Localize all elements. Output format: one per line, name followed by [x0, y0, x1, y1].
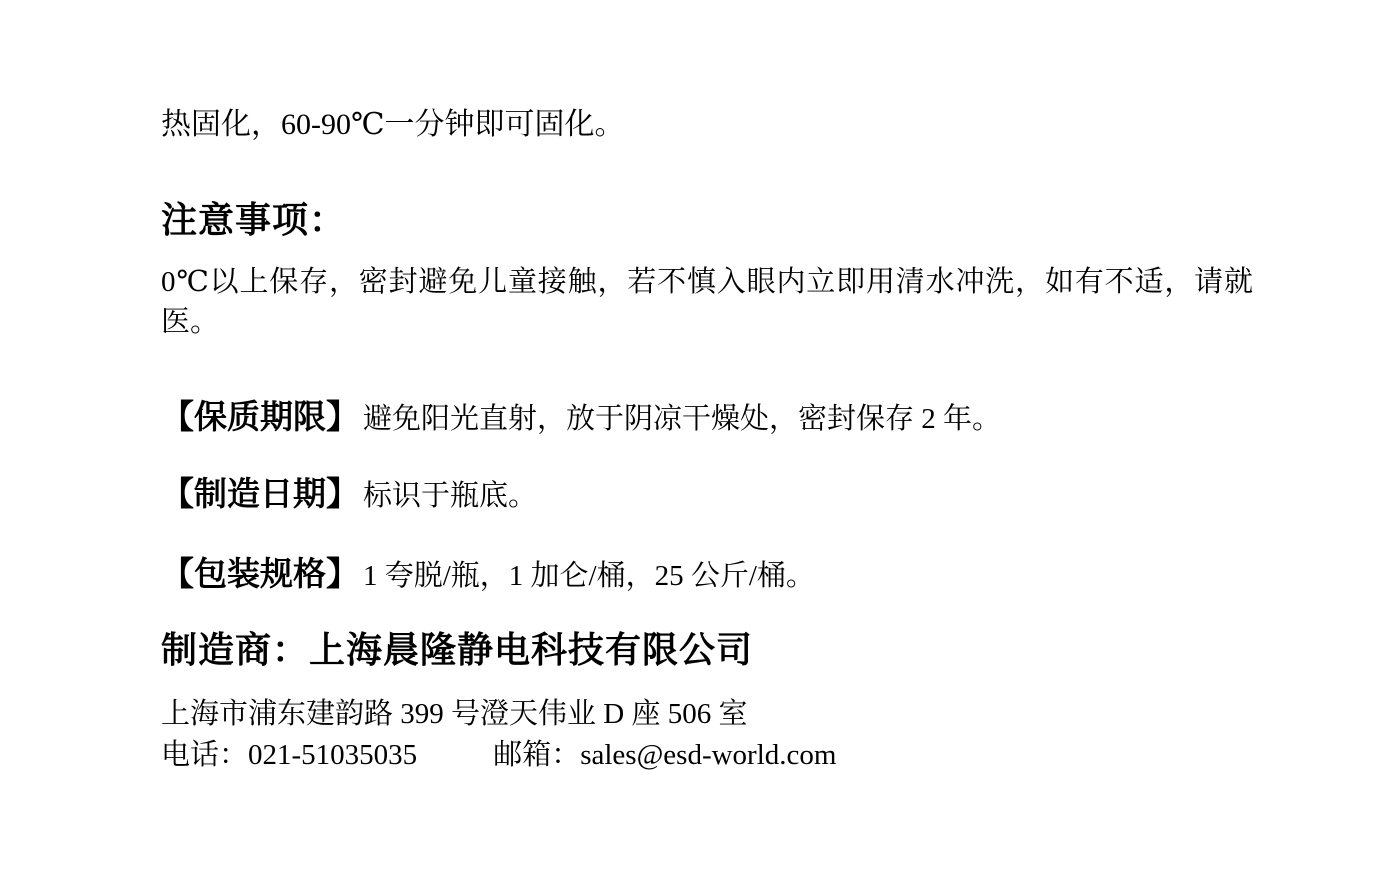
- spec-value-packaging: 1 夸脱/瓶，1 加仑/桶，25 公斤/桶。: [363, 560, 815, 592]
- phone-number: 021-51035035: [248, 739, 417, 771]
- manufacturer-address: 上海市浦东建韵路 399 号澄天伟业 D 座 506 室: [161, 694, 747, 734]
- phone-label: 电话：: [161, 739, 248, 771]
- spec-label-packaging: 【包装规格】: [161, 557, 359, 593]
- notice-body-text: 0℃以上保存，密封避免儿童接触，若不慎入眼内立即用清水冲洗，如有不适，请就医。: [161, 262, 1253, 342]
- spec-label-shelf-life: 【保质期限】: [161, 400, 359, 436]
- curing-description-text: 热固化，60-90℃一分钟即可固化。: [161, 106, 625, 144]
- email-address: sales@esd-world.com: [580, 739, 836, 771]
- spec-value-shelf-life: 避免阳光直射，放于阴凉干燥处，密封保存 2 年。: [363, 403, 1001, 435]
- notice-heading: 注意事项：: [161, 198, 346, 242]
- spec-item-manufacture-date: 【制造日期】标识于瓶底。: [161, 475, 537, 516]
- document-page: 热固化，60-90℃一分钟即可固化。 注意事项： 0℃以上保存，密封避免儿童接触…: [0, 0, 1400, 870]
- contact-line: 电话：021-51035035邮箱：sales@esd-world.com: [161, 735, 836, 775]
- spec-value-manufacture-date: 标识于瓶底。: [363, 480, 537, 512]
- manufacturer-heading: 制造商：上海晨隆静电科技有限公司: [161, 628, 753, 672]
- email-label: 邮箱：: [493, 739, 580, 771]
- spec-item-shelf-life: 【保质期限】避免阳光直射，放于阴凉干燥处，密封保存 2 年。: [161, 398, 1001, 439]
- spec-item-packaging: 【包装规格】1 夸脱/瓶，1 加仑/桶，25 公斤/桶。: [161, 555, 815, 596]
- spec-label-manufacture-date: 【制造日期】: [161, 477, 359, 513]
